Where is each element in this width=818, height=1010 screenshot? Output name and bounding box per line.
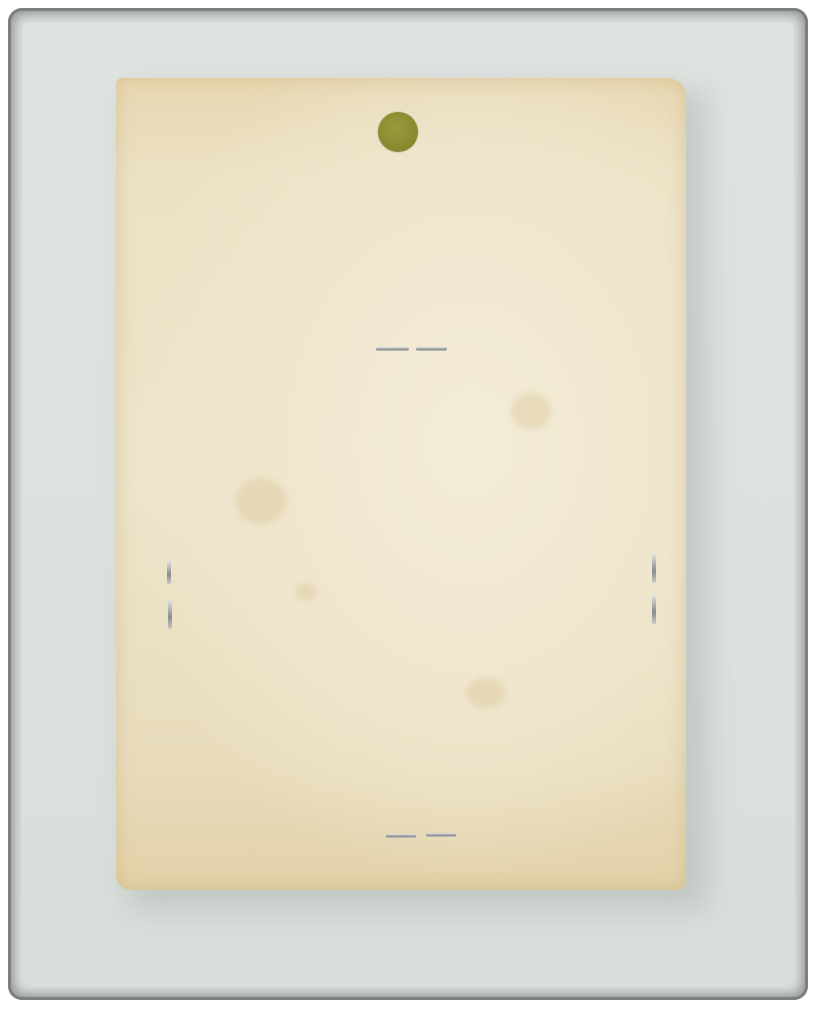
staple-bottom-right — [426, 833, 456, 837]
staple-right-lower — [652, 594, 656, 624]
stain — [511, 393, 551, 429]
staple-left-upper — [167, 560, 171, 584]
staple-right-upper — [652, 553, 656, 583]
stain — [296, 583, 316, 601]
staple-bottom-left — [386, 834, 416, 838]
cardboard-card — [116, 78, 686, 890]
hang-hole — [378, 112, 418, 152]
stain — [466, 678, 506, 708]
staple-top-right — [416, 347, 447, 351]
staple-left-lower — [168, 599, 172, 629]
stain — [236, 478, 286, 524]
staple-top-left — [376, 347, 409, 351]
